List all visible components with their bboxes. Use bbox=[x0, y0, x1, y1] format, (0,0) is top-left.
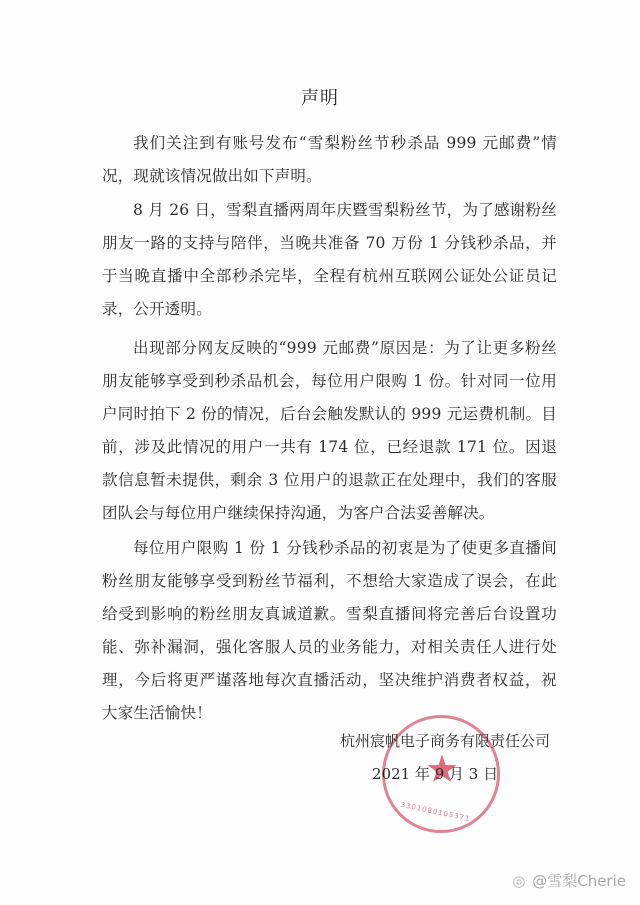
paragraph-event: 8 月 26 日，雪梨直播两周年庆暨雪梨粉丝节，为了感谢粉丝朋友一路的支持与陪伴… bbox=[102, 194, 557, 326]
paragraph-reason: 出现部分网友反映的“999 元邮费”原因是：为了让更多粉丝朋友能够享受到秒杀品机… bbox=[102, 332, 557, 530]
signature-company: 杭州宸帆电子商务有限责任公司 bbox=[340, 730, 550, 751]
watermark-text: @雪梨Cherie bbox=[532, 872, 626, 890]
paragraph-apology: 每位用户限购 1 份 1 分钱秒杀品的初衷是为了使更多直播间粉丝朋友能够享受到粉… bbox=[102, 532, 557, 730]
weibo-watermark: ◎ @雪梨Cherie bbox=[512, 870, 626, 891]
paragraph-intro: 我们关注到有账号发布“雪梨粉丝节秒杀品 999 元邮费”情况，现就该情况做出如下… bbox=[102, 127, 557, 193]
weibo-icon: ◎ bbox=[512, 872, 525, 890]
signature-date: 2021 年 9 月 3 日 bbox=[372, 763, 498, 784]
document-title: 声明 bbox=[0, 84, 640, 110]
